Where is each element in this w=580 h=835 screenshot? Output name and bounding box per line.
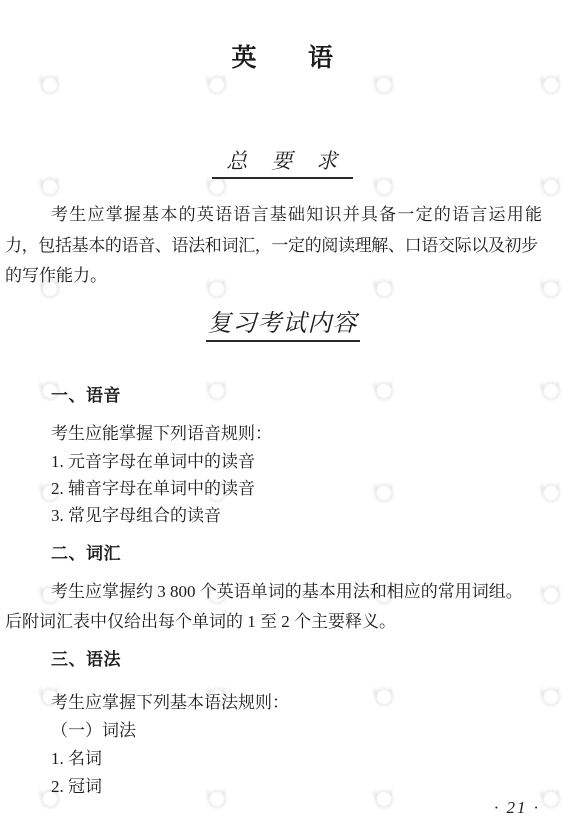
paragraph-line: 考生应掌握约 3 800 个英语单词的基本用法和相应的常用词组。 — [5, 577, 542, 607]
subsection-vocabulary-title: 二、词汇 — [5, 545, 580, 562]
phonetics-list: 1. 元音字母在单词中的读音 2. 辅音字母在单词中的读音 3. 常见字母组合的… — [5, 448, 542, 529]
document-page: 英 语 总 要 求 考生应掌握基本的英语语言基础知识并具备一定的语言运用能 力，… — [0, 0, 580, 835]
section-review-content: 复习考试内容 — [14, 312, 551, 342]
paragraph-line: 考生应掌握基本的英语语言基础知识并具备一定的语言运用能 — [5, 200, 542, 231]
review-content-heading: 复习考试内容 — [206, 312, 360, 342]
list-item: （一）词法 — [5, 717, 542, 745]
grammar-list: （一）词法 1. 名词 2. 冠词 — [5, 717, 542, 801]
subsection-grammar-title: 三、语法 — [5, 651, 580, 668]
list-item: 2. 冠词 — [5, 773, 542, 801]
general-requirements-heading: 总 要 求 — [212, 151, 353, 179]
page-number: · 21 · — [494, 799, 540, 816]
paragraph-line: 后附词汇表中仅给出每个单词的 1 至 2 个主要释义。 — [5, 607, 542, 637]
list-item: 3. 常见字母组合的读音 — [5, 502, 542, 529]
section-general-requirements: 总 要 求 — [14, 151, 551, 179]
page-title: 英 语 — [14, 46, 551, 71]
list-item: 2. 辅音字母在单词中的读音 — [5, 475, 542, 502]
paragraph-line: 力，包括基本的语音、语法和词汇，一定的阅读理解、口语交际以及初步 — [5, 231, 542, 262]
intro-line: 考生应能掌握下列语音规则： — [5, 420, 542, 447]
grammar-intro: 考生应掌握下列基本语法规则： — [5, 689, 542, 716]
paragraph-line: 的写作能力。 — [5, 261, 542, 292]
subsection-phonetics-title: 一、语音 — [5, 387, 580, 404]
list-item: 1. 元音字母在单词中的读音 — [5, 448, 542, 475]
list-item: 1. 名词 — [5, 745, 542, 773]
phonetics-intro: 考生应能掌握下列语音规则： — [5, 420, 542, 447]
vocabulary-paragraph: 考生应掌握约 3 800 个英语单词的基本用法和相应的常用词组。 后附词汇表中仅… — [5, 577, 542, 636]
intro-line: 考生应掌握下列基本语法规则： — [5, 689, 542, 716]
general-requirements-paragraph: 考生应掌握基本的英语语言基础知识并具备一定的语言运用能 力，包括基本的语音、语法… — [5, 200, 542, 292]
